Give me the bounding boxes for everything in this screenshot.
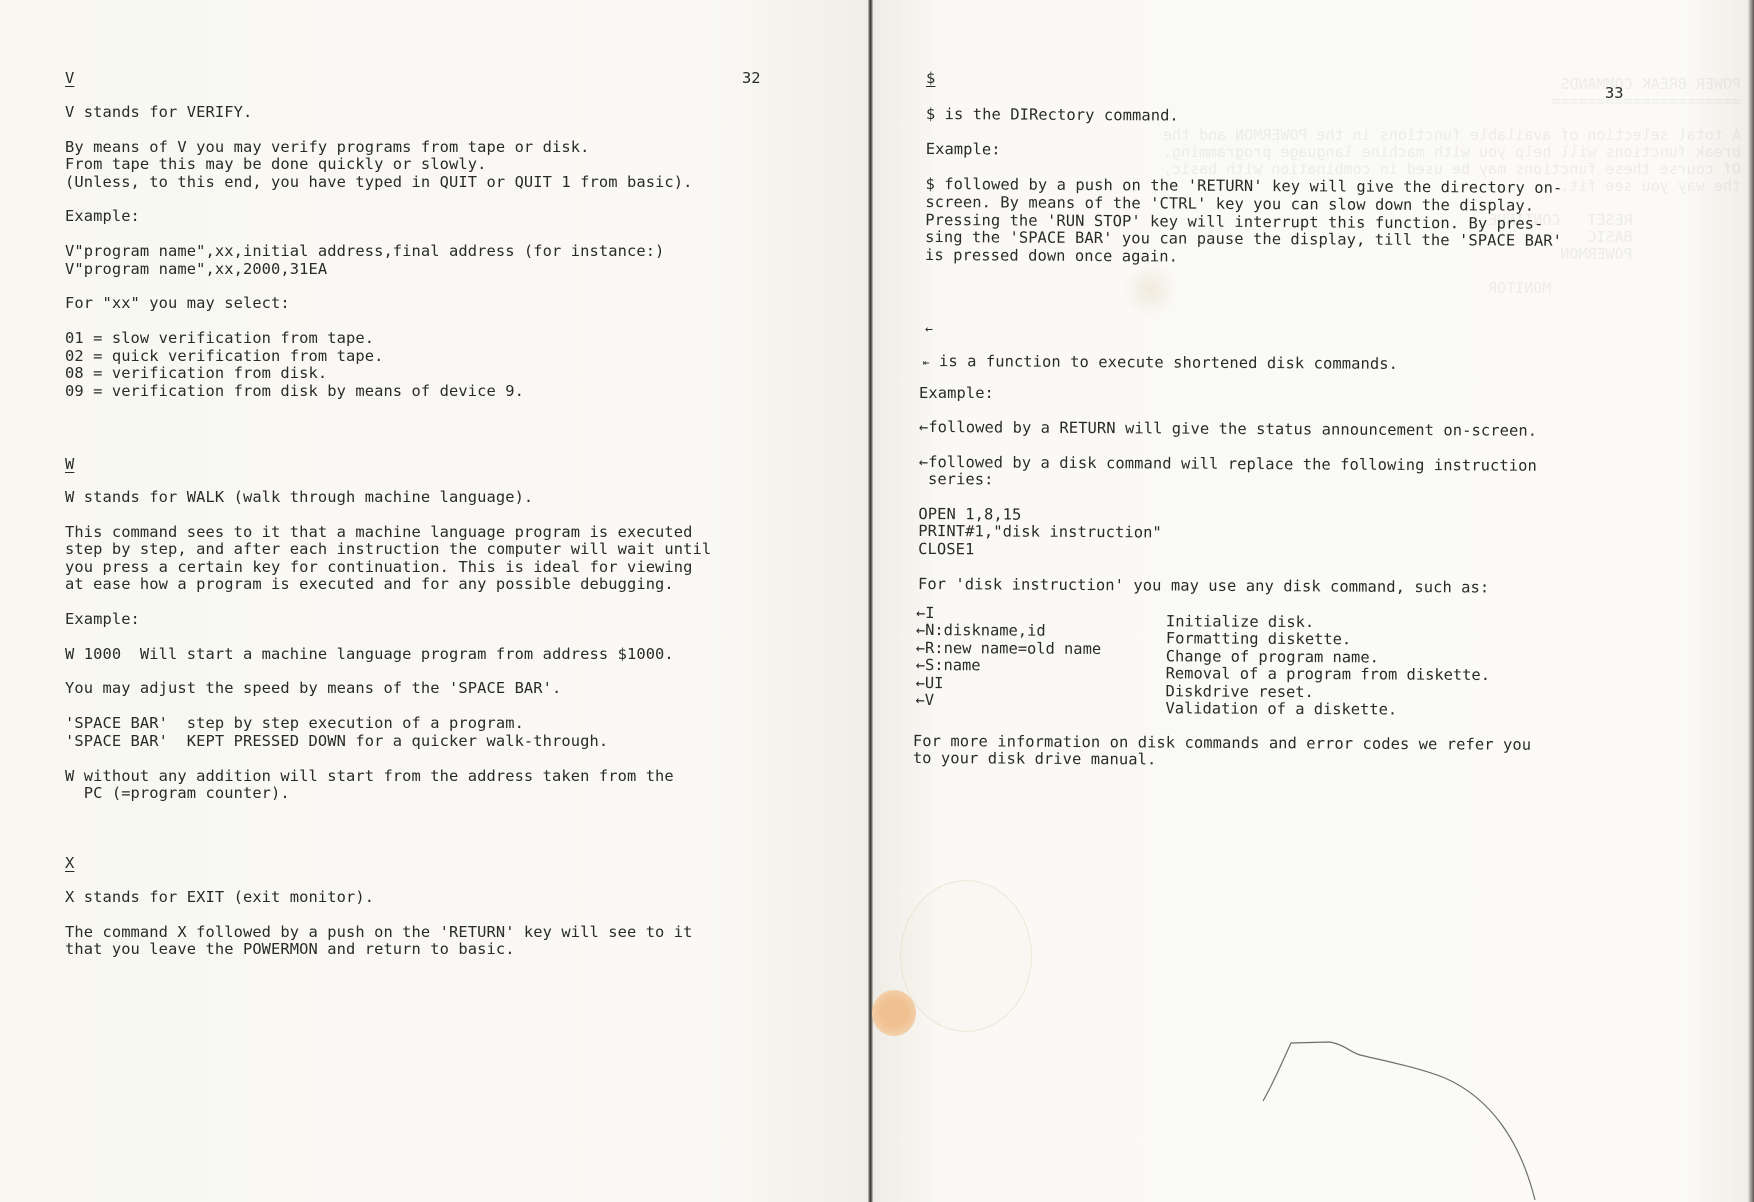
disk-command: ←N:diskname,id [916, 621, 1046, 640]
text-line [65, 628, 711, 645]
text-line: W 1000 Will start a machine language pro… [65, 646, 711, 663]
text-line: PC (=program counter). [65, 785, 711, 802]
text-line: 'SPACE BAR' step by step execution of a … [65, 715, 711, 732]
page-number: 33 [1605, 84, 1624, 102]
text-line [65, 191, 693, 208]
text-line: to your disk drive manual. [913, 750, 1531, 771]
section-body-w: W stands for WALK (walk through machine … [65, 489, 711, 802]
text-line: 02 = quick verification from tape. [65, 348, 693, 365]
text-line: V stands for VERIFY. [65, 104, 693, 121]
text-line: (Unless, to this end, you have typed in … [65, 174, 693, 191]
text-line [65, 506, 711, 523]
disk-command-table: ←IInitialize disk.←N:diskname,idFormatti… [915, 611, 916, 715]
section-heading-x: X [65, 854, 74, 872]
text-line: 'SPACE BAR' KEPT PRESSED DOWN for a quic… [65, 733, 711, 750]
text-line: at ease how a program is executed and fo… [65, 576, 711, 593]
text-line: V"program name",xx,initial address,final… [65, 243, 693, 260]
text-line: By means of V you may verify programs fr… [65, 139, 693, 156]
text-line: Example: [65, 208, 693, 225]
text-line: you press a certain key for continuation… [65, 559, 711, 576]
disk-command: ←R:new name=old name [916, 639, 1101, 658]
page-edge [1748, 0, 1754, 1202]
arrow-intro: ⇤ is a function to execute shortened dis… [923, 352, 1398, 373]
text-line [65, 663, 711, 680]
disk-command-description: Formatting diskette. [1166, 630, 1351, 649]
text-line [65, 593, 711, 610]
section-body-v: V stands for VERIFY. By means of V you m… [65, 104, 693, 400]
disk-command: ←UI [916, 674, 944, 692]
text-line: 08 = verification from disk. [65, 365, 693, 382]
text-line: W stands for WALK (walk through machine … [65, 489, 711, 506]
section-heading-dollar: $ [926, 69, 935, 87]
text-line: This command sees to it that a machine l… [65, 524, 711, 541]
text-line: X stands for EXIT (exit monitor). [65, 889, 693, 906]
text-line: From tape this may be done quickly or sl… [65, 156, 693, 173]
section-body-dollar: $ is the DIRectory command. Example: $ f… [925, 106, 1563, 268]
text-line [65, 750, 711, 767]
text-line [65, 278, 693, 295]
disk-command-description: Initialize disk. [1166, 612, 1314, 631]
water-stain [1120, 265, 1180, 315]
page-33: 33 $ $ is the DIRectory command. Example… [873, 0, 1754, 1202]
example-label: Example: [919, 384, 994, 402]
text-line: For "xx" you may select: [65, 295, 693, 312]
text-line: You may adjust the speed by means of the… [65, 680, 711, 697]
water-stain [900, 880, 1032, 1032]
section-heading-w: W [65, 455, 74, 473]
text-line [65, 906, 693, 923]
arrow-heading-icon: ← [925, 322, 933, 337]
disk-command-description: Diskdrive reset. [1166, 682, 1314, 701]
arrow-body: ←followed by a RETURN will give the stat… [918, 419, 1537, 597]
text-line: The command X followed by a push on the … [65, 924, 693, 941]
text-line: step by step, and after each instruction… [65, 541, 711, 558]
disk-command: ←V [915, 691, 934, 709]
text-line: 09 = verification from disk by means of … [65, 383, 693, 400]
text-line [65, 121, 693, 138]
text-line: 01 = slow verification from tape. [65, 330, 693, 347]
section-heading-v: V [65, 69, 74, 87]
text-line: that you leave the POWERMON and return t… [65, 941, 693, 958]
text-line: For 'disk instruction' you may use any d… [918, 576, 1536, 597]
book-spread: 32 V V stands for VERIFY. By means of V … [0, 0, 1754, 1202]
text-line [65, 313, 693, 330]
page-32: 32 V V stands for VERIFY. By means of V … [0, 0, 868, 1202]
disk-command: ←I [916, 604, 935, 622]
text-line: Example: [65, 611, 711, 628]
text-line: W without any addition will start from t… [65, 768, 711, 785]
disk-command: ←S:name [916, 656, 981, 674]
text-line [65, 226, 693, 243]
text-line [65, 698, 711, 715]
disk-command-description: Validation of a diskette. [1165, 699, 1397, 718]
text-line: V"program name",xx,2000,31EA [65, 261, 693, 278]
section-body-x: X stands for EXIT (exit monitor). The co… [65, 889, 693, 959]
footer-note: For more information on disk commands an… [913, 733, 1531, 772]
coffee-stain [872, 990, 916, 1036]
disk-command-description: Change of program name. [1166, 647, 1379, 666]
page-number: 32 [742, 69, 761, 87]
